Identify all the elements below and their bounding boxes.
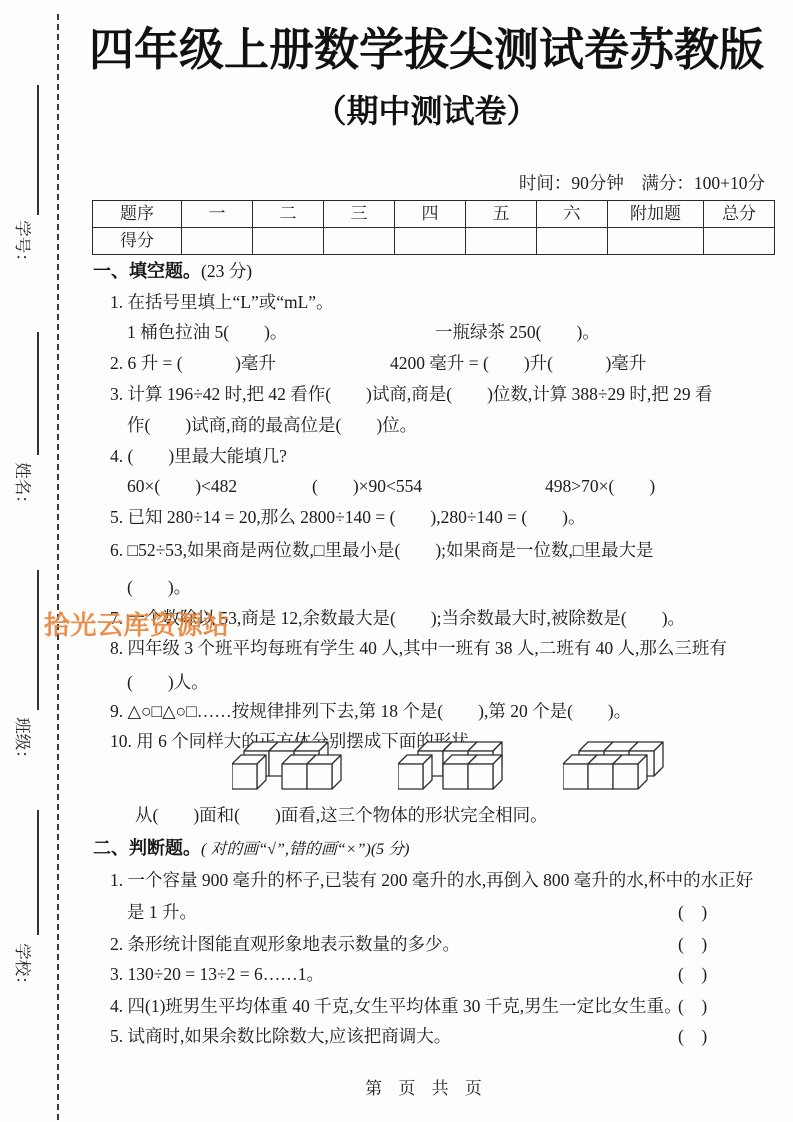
exam-paper-page: 学号： 姓名： 班级： 学校： 四年级上册数学拔尖测试卷苏教版 （期中测试卷） … — [0, 0, 793, 1122]
s1-q2-right: 4200 毫升 = ( )升( )毫升 — [390, 350, 646, 376]
s2-q5: 5. 试商时,如果余数比除数大,应该把商调大。 — [110, 1023, 451, 1049]
school-write-line — [37, 810, 39, 935]
s2-q2-answer-bracket: ( ) — [678, 931, 707, 957]
s1-q10-conclusion: 从( )面和( )面看,这三个物体的形状完全相同。 — [135, 802, 548, 828]
s2-q4: 4. 四(1)班男生平均体重 40 千克,女生平均体重 30 千克,男生一定比女… — [110, 993, 682, 1019]
s1-q1-left: 1 桶色拉油 5( )。 — [127, 319, 287, 345]
s1-q4-c: 498>70×( ) — [545, 473, 655, 499]
score-cell — [608, 228, 704, 255]
watermark: 拾光云库资源站 — [44, 612, 230, 638]
page-footer: 第 页 共 页 — [60, 1076, 793, 1102]
cubes-arrangement-2-icon — [398, 740, 510, 792]
s2-q3-answer-bracket: ( ) — [678, 961, 707, 987]
s2-q1-line2: 是 1 升。 — [127, 899, 197, 925]
name-write-line — [37, 332, 39, 455]
score-header-cell: 题序 — [93, 201, 182, 228]
score-table: 题序 一 二 三 四 五 六 附加题 总分 得分 — [92, 200, 775, 255]
s1-q3-line2: 作( )试商,商的最高位是( )位。 — [127, 412, 417, 438]
score-row-label: 得分 — [93, 228, 182, 255]
s1-q8-line2: ( )人。 — [127, 669, 209, 695]
section1-score: (23 分) — [201, 261, 252, 281]
s2-q2: 2. 条形统计图能直观形象地表示数量的多少。 — [110, 931, 460, 957]
s1-q5: 5. 已知 280÷14 = 20,那么 2800÷140 = ( ),280÷… — [110, 504, 585, 530]
score-table-value-row: 得分 — [93, 228, 775, 255]
seal-dashed-line — [57, 14, 59, 1120]
s1-q9: 9. △○□△○□……按规律排列下去,第 18 个是( ),第 20 个是( )… — [110, 698, 631, 724]
s1-q1: 1. 在括号里填上“L”或“mL”。 — [110, 289, 334, 315]
page-subtitle: （期中测试卷） — [60, 98, 793, 124]
score-cell — [466, 228, 537, 255]
name-label: 姓名： — [9, 459, 35, 515]
page-title: 四年级上册数学拔尖测试卷苏教版 — [60, 22, 793, 78]
student-id-write-line — [37, 85, 39, 215]
cube-figures-row — [0, 740, 793, 796]
score-cell — [537, 228, 608, 255]
score-cell — [253, 228, 324, 255]
s1-q1-right: 一瓶绿茶 250( )。 — [435, 319, 600, 345]
section2-note: ( 对的画“√”,错的画“×”) — [201, 841, 371, 858]
score-header-cell: 五 — [466, 201, 537, 228]
section2-heading: 二、判断题。( 对的画“√”,错的画“×”)(5 分) — [93, 835, 410, 863]
score-cell — [704, 228, 775, 255]
s1-q6-line2: ( )。 — [127, 574, 191, 600]
section1-heading-text: 一、填空题。 — [93, 261, 201, 281]
s2-q4-answer-bracket: ( ) — [678, 993, 707, 1019]
student-id-label: 学号： — [9, 217, 35, 273]
school-label: 学校： — [9, 940, 35, 996]
score-header-cell: 一 — [182, 201, 253, 228]
class-write-line — [37, 570, 39, 710]
s2-q5-answer-bracket: ( ) — [678, 1023, 707, 1049]
s1-q2-left: 2. 6 升 = ( )毫升 — [110, 350, 276, 376]
cubes-arrangement-1-icon — [232, 740, 344, 792]
s1-q4: 4. ( )里最大能填几? — [110, 443, 287, 469]
section2-score: (5 分) — [371, 841, 410, 858]
section2-heading-text: 二、判断题。 — [93, 838, 201, 858]
s2-q3: 3. 130÷20 = 13÷2 = 6……1。 — [110, 961, 324, 987]
score-cell — [324, 228, 395, 255]
time-score-info: 时间：90分钟 满分：100+10分 — [519, 170, 765, 196]
score-header-cell: 附加题 — [608, 201, 704, 228]
score-header-cell: 四 — [395, 201, 466, 228]
score-table-header-row: 题序 一 二 三 四 五 六 附加题 总分 — [93, 201, 775, 228]
score-header-cell: 三 — [324, 201, 395, 228]
s2-q1-line1: 1. 一个容量 900 毫升的杯子,已装有 200 毫升的水,再倒入 800 毫… — [110, 867, 753, 893]
s1-q3-line1: 3. 计算 196÷42 时,把 42 看作( )试商,商是( )位数,计算 3… — [110, 381, 713, 407]
s1-q4-a: 60×( )<482 — [127, 473, 237, 499]
s1-q4-b: ( )×90<554 — [312, 473, 422, 499]
cubes-arrangement-3-icon — [563, 740, 675, 792]
section1-heading: 一、填空题。(23 分) — [93, 258, 252, 284]
score-cell — [182, 228, 253, 255]
score-header-cell: 总分 — [704, 201, 775, 228]
s1-q6-line1: 6. □52÷53,如果商是两位数,□里最小是( );如果商是一位数,□里最大是 — [110, 537, 653, 563]
score-cell — [395, 228, 466, 255]
s2-q1-answer-bracket: ( ) — [678, 899, 707, 925]
score-header-cell: 六 — [537, 201, 608, 228]
score-header-cell: 二 — [253, 201, 324, 228]
